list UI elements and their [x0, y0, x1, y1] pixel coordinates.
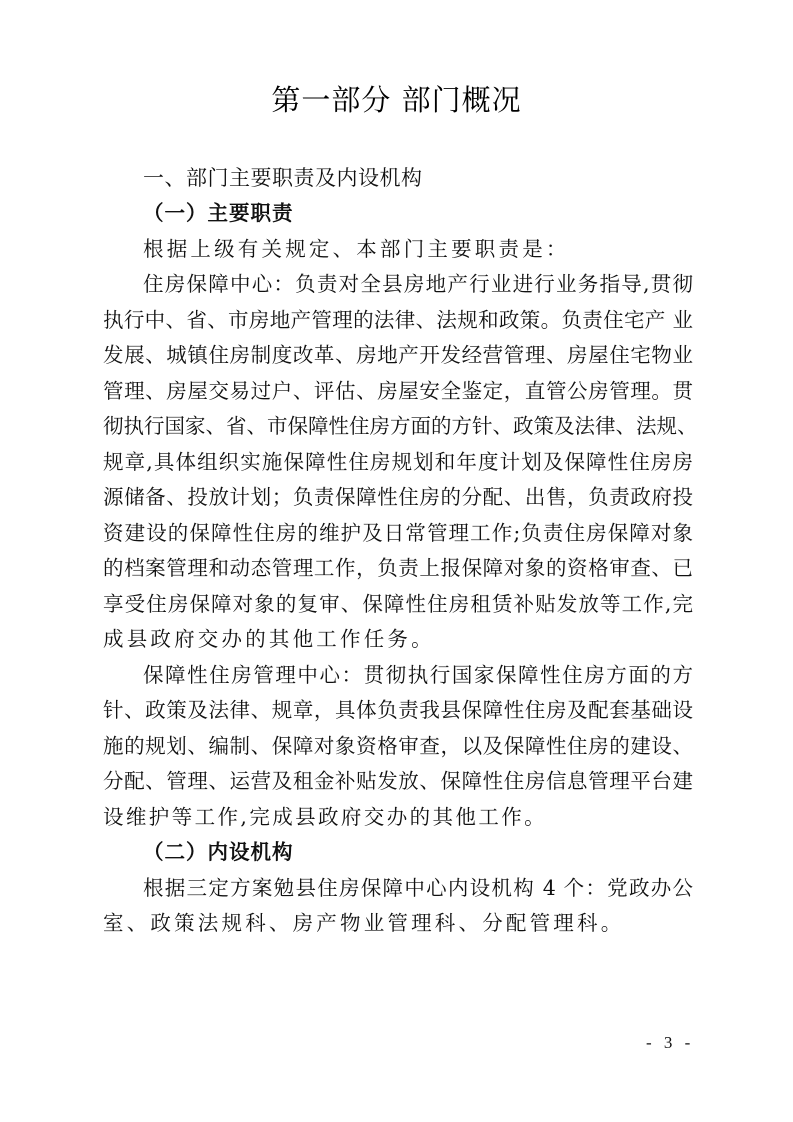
paragraph-line: 管理、房屋交易过户、评估、房屋安全鉴定，直管公房管理。贯	[103, 377, 693, 405]
paragraph-line: 住房保障中心：负责对全县房地产行业进行业务指导,贯彻	[143, 270, 693, 298]
paragraph-line: 执行中、省、市房地产管理的法律、法规和政策。负责住宅产 业	[103, 306, 693, 334]
paragraph-line: 保障性住房管理中心：贯彻执行国家保障性住房方面的方	[143, 661, 693, 689]
paragraph-line: 施的规划、编制、保障对象资格审查，以及保障性住房的建设、	[103, 732, 693, 760]
paragraph-line: 源储备、投放计划；负责保障性住房的分配、出售，负责政府投	[103, 483, 693, 511]
section-heading: 一、部门主要职责及内设机构	[143, 164, 423, 192]
intro-text: 根据上级有关规定、本部门主要职责是：	[143, 235, 570, 263]
paragraph-line: 规章,具体组织实施保障性住房规划和年度计划及保障性住房房	[103, 448, 693, 476]
page-title: 第一部分 部门概况	[0, 78, 793, 119]
paragraph-line: 的档案管理和动态管理工作，负责上报保障对象的资格审查、已	[103, 554, 693, 582]
paragraph-line: 享受住房保障对象的复审、保障性住房租赁补贴发放等工作,完	[103, 590, 693, 618]
paragraph-line: 资建设的保障性住房的维护及日常管理工作;负责住房保障对象	[103, 519, 693, 547]
paragraph-line: 发展、城镇住房制度改革、房地产开发经营管理、房屋住宅物业	[103, 341, 693, 369]
paragraph-line: 分配、管理、运营及租金补贴发放、保障性住房信息管理平台建	[103, 767, 693, 795]
paragraph-line: 成县政府交办的其他工作任务。	[103, 625, 435, 653]
subsection-heading-duties: （一）主要职责	[143, 199, 294, 227]
paragraph-line: 根据三定方案勉县住房保障中心内设机构 4 个：党政办公	[143, 874, 693, 902]
page-number: - 3 -	[646, 1033, 694, 1053]
paragraph-line: 室、政策法规科、房产物业管理科、分配管理科。	[103, 909, 624, 937]
subsection-heading-structure: （二）内设机构	[143, 838, 294, 866]
paragraph-line: 彻执行国家、省、市保障性住房方面的方针、政策及法律、法规、	[103, 412, 693, 440]
document-page: 第一部分 部门概况 一、部门主要职责及内设机构 （一）主要职责 根据上级有关规定…	[0, 0, 793, 1122]
paragraph-line: 针、政策及法律、规章，具体负责我县保障性住房及配套基础设	[103, 696, 693, 724]
paragraph-line: 设维护等工作,完成县政府交办的其他工作。	[103, 803, 547, 831]
